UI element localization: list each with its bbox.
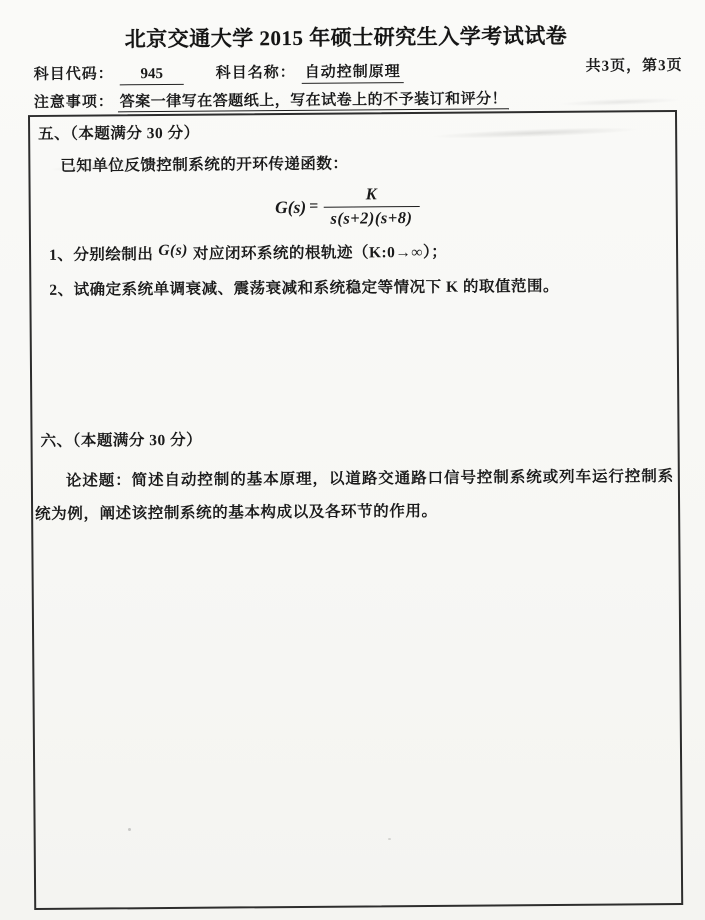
formula-fraction: K s(s+2)(s+8) [323,184,419,229]
subject-name-label: 科目名称： [216,61,296,83]
notice-text: 答案一律写在答题纸上，写在试卷上的不予装订和评分！ [118,91,510,112]
notice-row: 注意事项： 答案一律写在答题纸上，写在试卷上的不予装订和评分！ [0,86,699,113]
question-5: 五、（本题满分 30 分） 已知单位反馈控制系统的开环传递函数： G(s) = … [30,117,676,300]
question5-intro: 已知单位反馈控制系统的开环传递函数： [60,149,675,176]
question-6: 六、（本题满分 30 分） 论述题：简述自动控制的基本原理，以道路交通路口信号控… [32,424,678,531]
formula-equals-sign: = [309,198,318,216]
question5-item-2: 2、试确定系统单调衰减、震荡衰减和系统稳定等情况下 K 的取值范围。 [49,273,676,300]
scanned-content: 北京交通大学 2015 年硕士研究生入学考试试卷 科目代码： 945 科目名称：… [0,0,705,920]
formula-lhs: G(s) [275,196,306,217]
subject-name-value: 自动控制原理 [302,60,404,84]
item1-suffix: 对应闭环系统的根轨迹（K:0→∞）； [193,244,447,263]
notice-label: 注意事项： [34,94,114,111]
subject-code-label: 科目代码： [34,62,114,84]
fraction-denominator: s(s+2)(s+8) [323,206,419,229]
question5-item-1: 1、分别绘制出G(s)对应闭环系统的根轨迹（K:0→∞）； [49,238,676,265]
open-loop-transfer-function: G(s) = K s(s+2)(s+8) [275,184,420,229]
subject-meta-row: 科目代码： 945 科目名称： 自动控制原理 共3页，第3页 [0,58,699,87]
question-area: 五、（本题满分 30 分） 已知单位反馈控制系统的开环传递函数： G(s) = … [28,110,683,910]
question6-heading: 六、（本题满分 30 分） [40,424,677,451]
fraction-numerator: K [362,184,381,206]
exam-title: 北京交通大学 2015 年硕士研究生入学考试试卷 [0,19,698,55]
exam-header: 北京交通大学 2015 年硕士研究生入学考试试卷 科目代码： 945 科目名称：… [0,0,699,112]
question6-body: 论述题：简述自动控制的基本原理，以道路交通路口信号控制系统或列车运行控制系统为例… [35,460,674,531]
question5-heading: 五、（本题满分 30 分） [38,117,675,144]
item1-prefix: 1、分别绘制出 [49,246,153,264]
exam-paper-page: 北京交通大学 2015 年硕士研究生入学考试试卷 科目代码： 945 科目名称：… [0,0,705,920]
subject-code-value: 945 [120,66,184,86]
gs-inline-math: G(s) [158,242,188,260]
page-count: 共3页，第3页 [586,54,683,76]
